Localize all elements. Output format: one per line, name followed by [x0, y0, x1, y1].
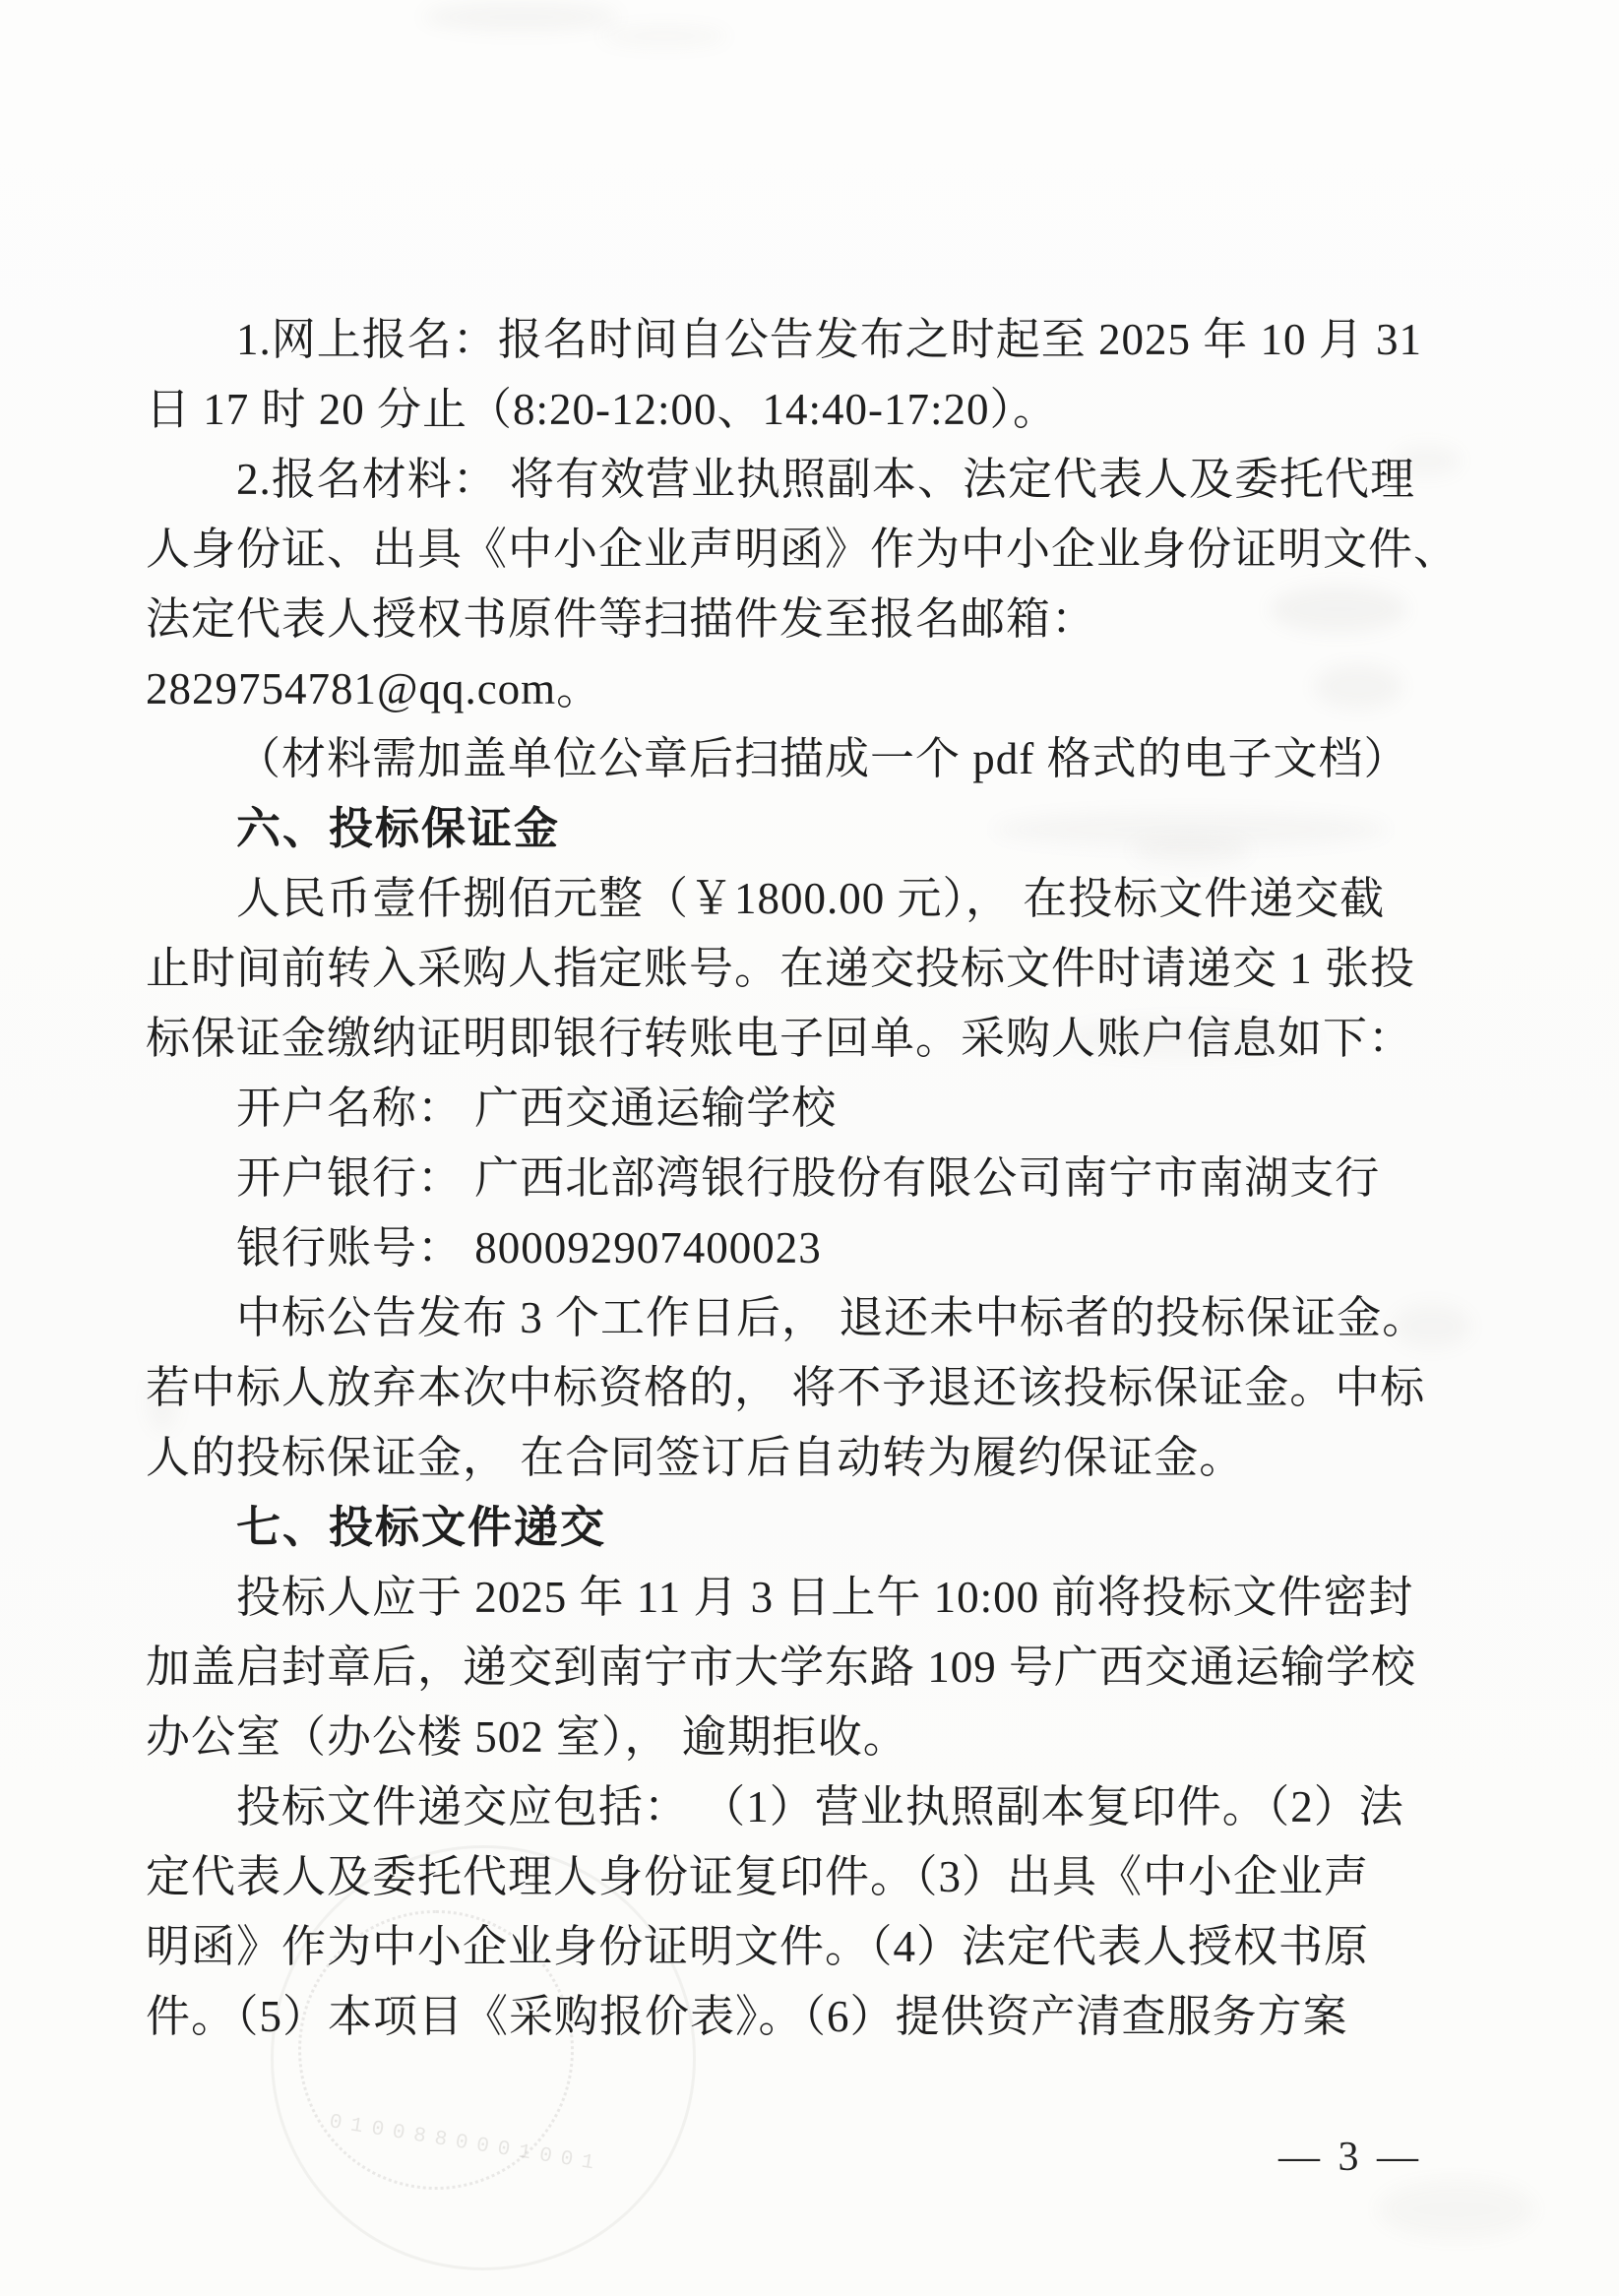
doc-line-submission-deadline: 投标人应于 2025 年 11 月 3 日上午 10:00 前将投标文件密封 [146, 1563, 1445, 1633]
doc-line-account-number: 银行账号： 800092907400023 [146, 1213, 1445, 1283]
doc-line-deposit-refund: 中标公告发布 3 个工作日后， 退还未中标者的投标保证金。 [146, 1283, 1445, 1353]
doc-line-email-address: 2829754781@qq.com。 [146, 654, 1445, 724]
document-body: 1.网上报名：报名时间自公告发布之时起至 2025 年 10 月 31 日 17… [146, 305, 1445, 2052]
page-number: — 3 — [1278, 2134, 1422, 2181]
doc-line-authorization-scan: 法定代表人授权书原件等扫描件发至报名邮箱： [146, 585, 1445, 654]
doc-line-deposit-transfer: 止时间前转入采购人指定账号。在递交投标文件时请递交 1 张投 [146, 934, 1445, 1004]
doc-line-submission-address: 加盖启封章后，递交到南宁市大学东路 109 号广西交通运输学校 [146, 1633, 1445, 1703]
doc-line-id-documents: 人身份证、出具《中小企业声明函》作为中小企业身份证明文件、 [146, 515, 1445, 585]
doc-line-deposit-amount: 人民币壹仟捌佰元整（￥1800.00 元）， 在投标文件递交截 [146, 864, 1445, 934]
section-heading-bid-deposit: 六、投标保证金 [146, 794, 1445, 864]
doc-line-deposit-proof: 标保证金缴纳证明即银行转账电子回单。采购人账户信息如下： [146, 1004, 1445, 1074]
section-heading-bid-submission: 七、投标文件递交 [146, 1493, 1445, 1563]
doc-line-submission-office: 办公室（办公楼 502 室）， 逾期拒收。 [146, 1703, 1445, 1772]
scan-smudge [1378, 2180, 1535, 2239]
doc-line-online-registration: 1.网上报名：报名时间自公告发布之时起至 2025 年 10 月 31 [146, 305, 1445, 375]
doc-line-registration-time: 日 17 时 20 分止（8:20-12:00、14:40-17:20）。 [146, 375, 1445, 445]
seal-arc-digits: 0100880001001 [328, 2111, 604, 2177]
doc-line-registration-materials: 2.报名材料： 将有效营业执照副本、法定代表人及委托代理 [146, 445, 1445, 515]
scan-smudge [423, 2, 620, 31]
doc-line-refund-forfeit: 若中标人放弃本次中标资格的， 将不予退还该投标保证金。中标 [146, 1353, 1445, 1423]
scan-smudge [600, 26, 728, 47]
doc-line-id-copies: 定代表人及委托代理人身份证复印件。（3）出具《中小企业声 [146, 1842, 1445, 1912]
doc-line-sme-declaration: 明函》作为中小企业身份证明文件。（4）法定代表人授权书原 [146, 1912, 1445, 1982]
doc-line-performance-bond: 人的投标保证金， 在合同签订后自动转为履约保证金。 [146, 1423, 1445, 1493]
doc-line-quotation-sheet: 件。（5）本项目《采购报价表》。（6）提供资产清查服务方案 [146, 1982, 1445, 2052]
scanned-document-page: 0100880001001 1.网上报名：报名时间自公告发布之时起至 2025 … [0, 0, 1619, 2296]
doc-line-account-bank: 开户银行： 广西北部湾银行股份有限公司南宁市南湖支行 [146, 1144, 1445, 1213]
doc-line-account-name: 开户名称： 广西交通运输学校 [146, 1074, 1445, 1144]
doc-line-submission-contents: 投标文件递交应包括： （1）营业执照副本复印件。（2）法 [146, 1772, 1445, 1842]
doc-line-pdf-note: （材料需加盖单位公章后扫描成一个 pdf 格式的电子文档） [146, 724, 1445, 794]
